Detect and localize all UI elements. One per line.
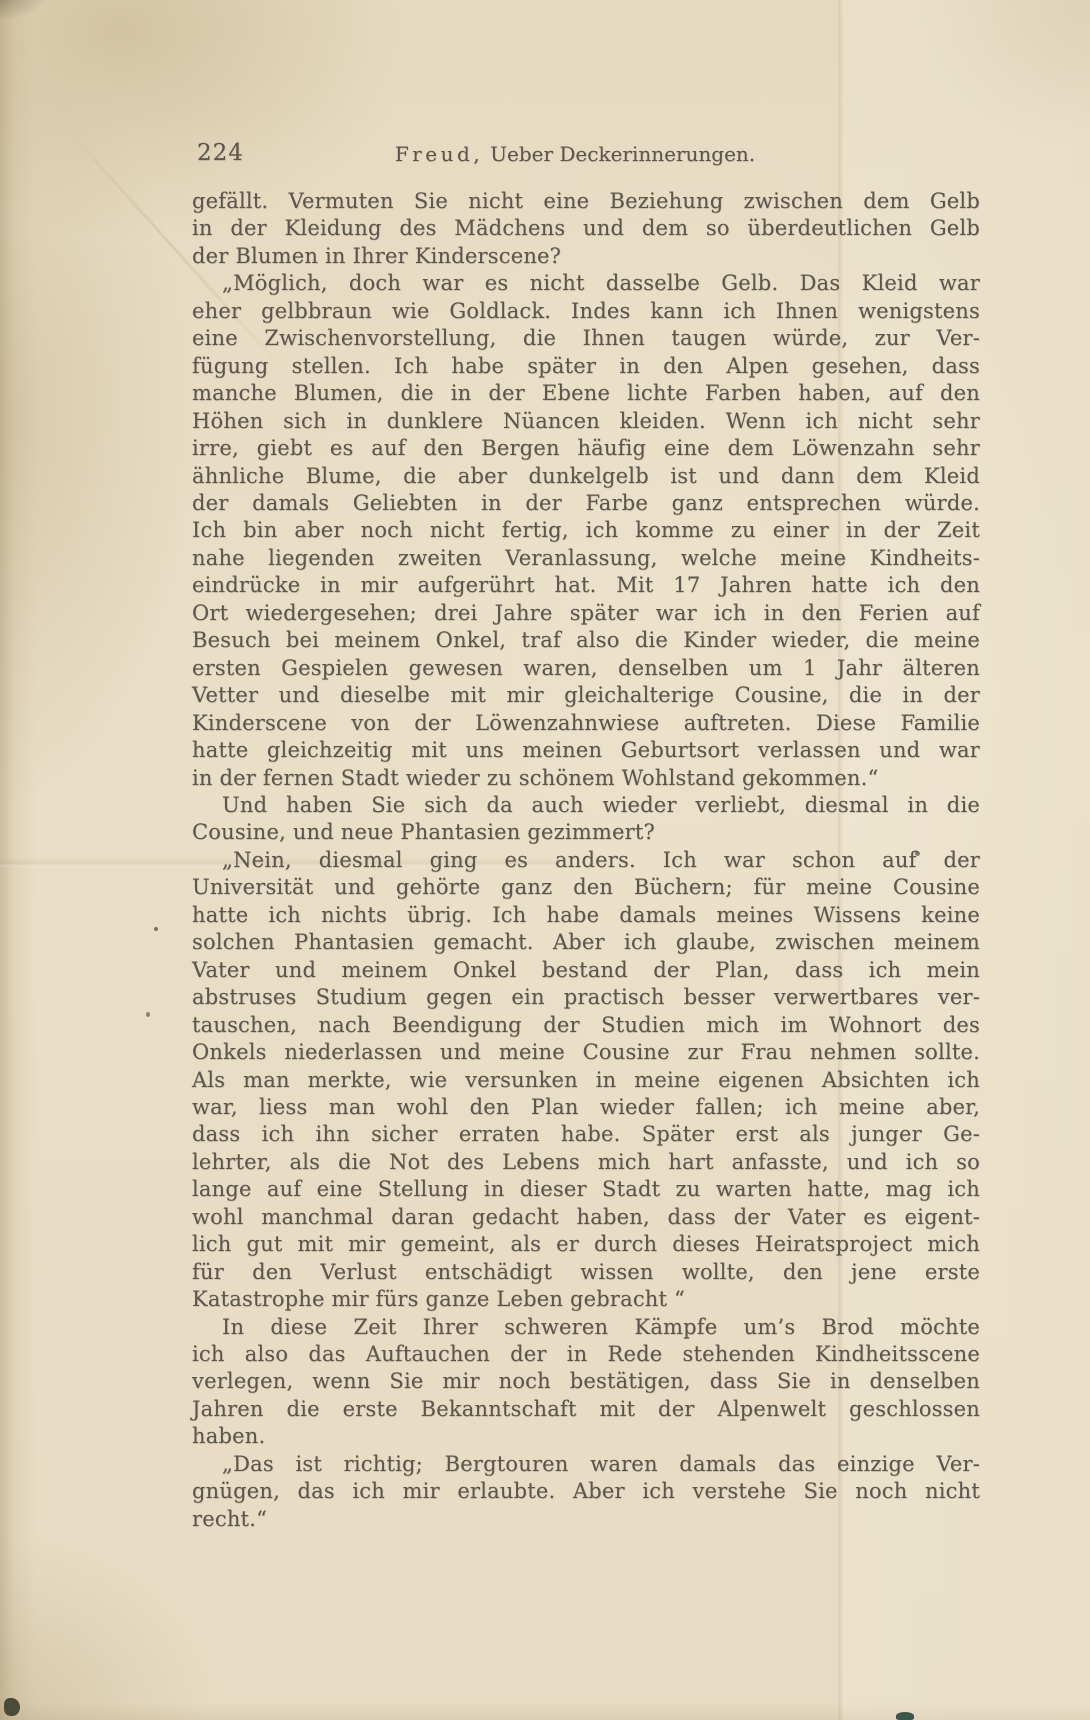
text-line: Onkels niederlassen und meine Cousine zu… — [192, 1039, 980, 1066]
text-line: Und haben Sie sich da auch wieder verlie… — [192, 792, 980, 819]
text-line: hatte gleichzeitig mit uns meinen Geburt… — [192, 737, 980, 764]
text-line: in der Kleidung des Mädchens und dem so … — [192, 215, 980, 242]
text-line: Ort wiedergesehen; drei Jahre später war… — [192, 600, 980, 627]
text-line: fügung stellen. Ich habe später in den A… — [192, 353, 980, 380]
text-line: der damals Geliebten in der Farbe ganz e… — [192, 490, 980, 517]
text-line: „Nein, diesmal ging es anders. Ich war s… — [192, 847, 980, 874]
text-block: gefällt. Vermuten Sie nicht eine Beziehu… — [192, 188, 980, 1533]
text-line: Jahren die erste Bekanntschaft mit der A… — [192, 1396, 980, 1423]
text-line: ersten Gespielen gewesen waren, denselbe… — [192, 655, 980, 682]
ink-speck — [146, 1012, 150, 1017]
ink-speck — [4, 1698, 20, 1716]
running-title: Freud,Ueber Deckerinnerungen. — [192, 142, 958, 166]
text-line: gnügen, das ich mir erlaubte. Aber ich v… — [192, 1478, 980, 1505]
text-line: manche Blumen, die in der Ebene lichte F… — [192, 380, 980, 407]
text-line: eindrücke in mir aufgerührt hat. Mit 17 … — [192, 572, 980, 599]
text-line: war, liess man wohl den Plan wieder fall… — [192, 1094, 980, 1121]
text-line: gefällt. Vermuten Sie nicht eine Beziehu… — [192, 188, 980, 215]
paragraph: „Nein, diesmal ging es anders. Ich war s… — [192, 847, 980, 1314]
text-line: haben. — [192, 1423, 980, 1450]
text-line: nahe liegenden zweiten Veranlassung, wel… — [192, 545, 980, 572]
text-line: in der fernen Stadt wieder zu schönem Wo… — [192, 765, 980, 792]
text-line: Katastrophe mir fürs ganze Leben gebrach… — [192, 1286, 980, 1313]
text-line: Höhen sich in dunklere Nüancen kleiden. … — [192, 408, 980, 435]
text-line: lich gut mit mir gemeint, als er durch d… — [192, 1231, 980, 1258]
text-line: hatte ich nichts übrig. Ich habe damals … — [192, 902, 980, 929]
text-line: Kinderscene von der Löwenzahnwiese auftr… — [192, 710, 980, 737]
text-line: Cousine, und neue Phantasien gezimmert? — [192, 819, 980, 846]
text-line: Vater und meinem Onkel bestand der Plan,… — [192, 957, 980, 984]
text-line: tauschen, nach Beendigung der Studien mi… — [192, 1012, 980, 1039]
paragraph: Und haben Sie sich da auch wieder verlie… — [192, 792, 980, 847]
text-line: für den Verlust entschädigt wissen wollt… — [192, 1259, 980, 1286]
running-header: 224 Freud,Ueber Deckerinnerungen. — [192, 139, 980, 169]
text-line: wohl manchmal daran gedacht haben, dass … — [192, 1204, 980, 1231]
text-line: Vetter und dieselbe mit mir gleichalteri… — [192, 682, 980, 709]
text-line: „Möglich, doch war es nicht dasselbe Gel… — [192, 270, 980, 297]
text-line: recht.“ — [192, 1506, 980, 1533]
ink-speck — [896, 1712, 914, 1720]
text-line: ich also das Auftauchen der in Rede steh… — [192, 1341, 980, 1368]
text-line: verlegen, wenn Sie mir noch bestätigen, … — [192, 1368, 980, 1395]
text-line: eher gelbbraun wie Goldlack. Indes kann … — [192, 298, 980, 325]
text-line: ähnliche Blume, die aber dunkelgelb ist … — [192, 463, 980, 490]
text-line: lehrter, als die Not des Lebens mich har… — [192, 1149, 980, 1176]
text-line: lange auf eine Stellung in dieser Stadt … — [192, 1176, 980, 1203]
paragraph: „Möglich, doch war es nicht dasselbe Gel… — [192, 270, 980, 792]
text-line: In diese Zeit Ihrer schweren Kämpfe um’s… — [192, 1314, 980, 1341]
page-corner-shadow — [0, 0, 46, 20]
text-line: eine Zwischenvorstellung, die Ihnen taug… — [192, 325, 980, 352]
text-line: abstruses Studium gegen ein practisch be… — [192, 984, 980, 1011]
paragraph: „Das ist richtig; Bergtouren waren damal… — [192, 1451, 980, 1533]
paragraph: gefällt. Vermuten Sie nicht eine Beziehu… — [192, 188, 980, 270]
paragraph: In diese Zeit Ihrer schweren Kämpfe um’s… — [192, 1314, 980, 1451]
text-line: irre, giebt es auf den Bergen häufig ein… — [192, 435, 980, 462]
text-line: „Das ist richtig; Bergtouren waren damal… — [192, 1451, 980, 1478]
text-line: Besuch bei meinem Onkel, traf also die K… — [192, 627, 980, 654]
text-line: dass ich ihn sicher erraten habe. Später… — [192, 1121, 980, 1148]
text-line: Universität und gehörte ganz den Büchern… — [192, 874, 980, 901]
text-line: der Blumen in Ihrer Kinderscene? — [192, 243, 980, 270]
running-title-author: Freud, — [395, 142, 483, 166]
text-line: Als man merkte, wie versunken in meine e… — [192, 1067, 980, 1094]
ink-speck — [154, 927, 158, 931]
running-title-text: Ueber Deckerinnerungen. — [490, 142, 755, 166]
text-line: Ich bin aber noch nicht fertig, ich komm… — [192, 517, 980, 544]
book-page-scan: 224 Freud,Ueber Deckerinnerungen. gefäll… — [0, 0, 1090, 1720]
text-line: solchen Phantasien gemacht. Aber ich gla… — [192, 929, 980, 956]
